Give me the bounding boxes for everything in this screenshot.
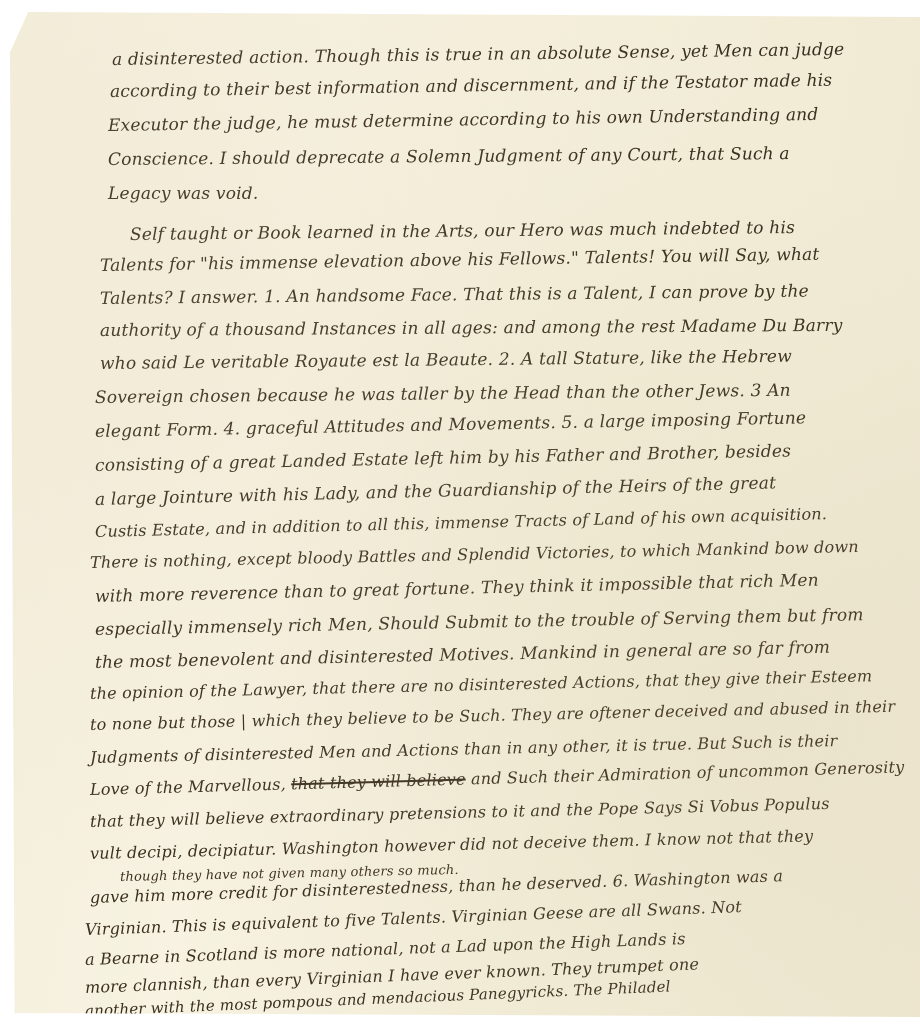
manuscript-line: authority of a thousand Instances in all… [100,316,843,341]
manuscript-line: the opinion of the Lawyer, that there ar… [90,666,873,703]
manuscript-line: especially immensely rich Men, Should Su… [95,605,864,640]
manuscript-line: elegant Form. 4. graceful Attitudes and … [95,408,807,442]
manuscript-line: Executor the judge, he must determine ac… [108,105,819,136]
manuscript-line: vult decipi, decipiatur. Washington howe… [90,826,814,863]
manuscript-line: Talents for "his immense elevation above… [100,245,820,276]
manuscript-line: a disinterested action. Though this is t… [112,40,845,70]
manuscript-line: Legacy was void. [108,184,258,204]
manuscript-line: according to their best information and … [110,71,833,102]
manuscript-line: Self taught or Book learned in the Arts,… [130,218,795,245]
manuscript-line: Talents? I answer. 1. An handsome Face. … [100,282,809,309]
line-text-start: Love of the Marvellous, [90,774,292,799]
line-text-end: and Such their Admiration of uncommon Ge… [465,757,904,788]
manuscript-line: consisting of a great Landed Estate left… [95,441,791,476]
manuscript-page: a disinterested action. Though this is t… [10,12,920,1017]
manuscript-line: that they will believe extraordinary pre… [90,794,830,831]
manuscript-line: Sovereign chosen because he was taller b… [95,381,791,408]
manuscript-line: to none but those | which they believe t… [90,697,896,734]
manuscript-line: with more reverence than to great fortun… [95,571,819,607]
manuscript-line: the most benevolent and disinterested Mo… [95,638,831,673]
strikethrough-text: that they will believe [291,770,466,794]
manuscript-line: a large Jointure with his Lady, and the … [95,473,777,510]
manuscript-line: who said Le veritable Royaute est la Bea… [100,347,792,374]
manuscript-line: There is nothing, except bloody Battles … [90,537,859,572]
manuscript-line: Conscience. I should deprecate a Solemn … [108,144,790,170]
manuscript-line: Custis Estate, and in addition to all th… [95,504,828,541]
